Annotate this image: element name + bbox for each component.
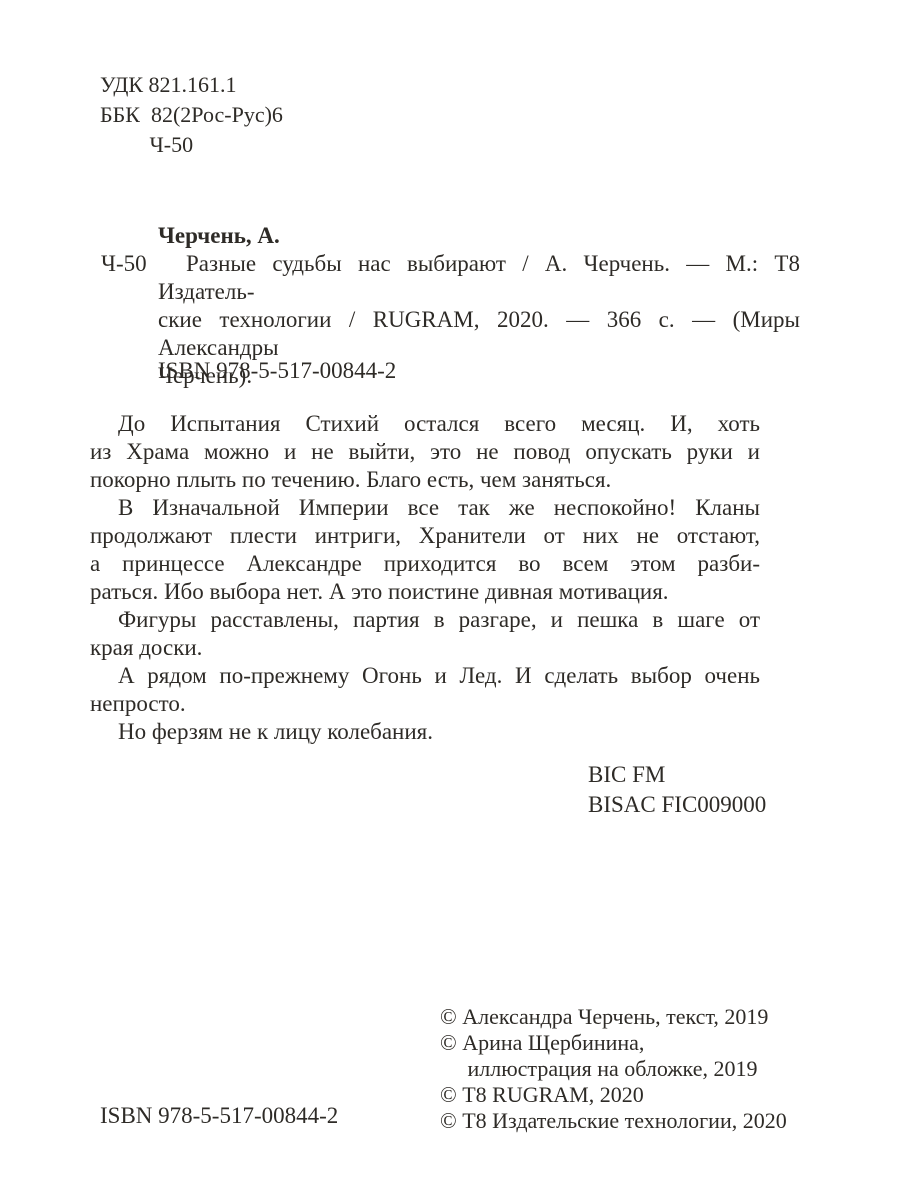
text-line: раться. Ибо выбора нет. А это поистине д… bbox=[90, 578, 760, 606]
text-line: © Т8 Издательские технологии, 2020 bbox=[440, 1108, 787, 1134]
text-line: непросто. bbox=[90, 690, 760, 718]
text-line: УДК 821.161.1 bbox=[100, 70, 283, 100]
text-line: До Испытания Стихий остался всего месяц.… bbox=[90, 410, 760, 438]
isbn-number: ISBN 978-5-517-00844-2 bbox=[158, 358, 396, 384]
text-line: из Храма можно и не выйти, это не повод … bbox=[90, 438, 760, 466]
catalog-code: Ч-50 bbox=[101, 250, 147, 278]
copyright-notices: © Александра Черчень, текст, 2019© Арина… bbox=[440, 1004, 787, 1134]
text-line: иллюстрация на обложке, 2019 bbox=[440, 1056, 787, 1082]
annotation-text: До Испытания Стихий остался всего месяц.… bbox=[90, 410, 760, 746]
text-line: © Арина Щербинина, bbox=[440, 1030, 787, 1056]
text-line: В Изначальной Империи все так же неспоко… bbox=[90, 494, 760, 522]
text-line: ские технологии / RUGRAM, 2020. — 366 с.… bbox=[158, 306, 800, 362]
author-heading: Черчень, А. bbox=[158, 222, 800, 250]
text-line: покорно плыть по течению. Благо есть, че… bbox=[90, 466, 760, 494]
book-imprint-page: УДК 821.161.1ББК 82(2Рос-Рус)6 Ч-50 Черч… bbox=[0, 0, 900, 1200]
text-line: Ч-50 bbox=[100, 130, 283, 160]
udk-bbk-classification-block: УДК 821.161.1ББК 82(2Рос-Рус)6 Ч-50 bbox=[100, 70, 283, 160]
text-line: а принцессе Александре приходится во все… bbox=[90, 550, 760, 578]
text-line: ББК 82(2Рос-Рус)6 bbox=[100, 100, 283, 130]
text-line: Разные судьбы нас выбирают / А. Черчень.… bbox=[158, 250, 800, 306]
text-line: BIC FM bbox=[588, 760, 766, 790]
isbn-number-bottom: ISBN 978-5-517-00844-2 bbox=[100, 1103, 338, 1129]
text-line: А рядом по-прежнему Огонь и Лед. И сдела… bbox=[90, 662, 760, 690]
bic-bisac-codes: BIC FMBISAC FIC009000 bbox=[588, 760, 766, 820]
text-line: продолжают плести интриги, Хранители от … bbox=[90, 522, 760, 550]
text-line: Фигуры расставлены, партия в разгаре, и … bbox=[90, 606, 760, 634]
text-line: BISAC FIC009000 bbox=[588, 790, 766, 820]
text-line: © Т8 RUGRAM, 2020 bbox=[440, 1082, 787, 1108]
text-line: края доски. bbox=[90, 634, 760, 662]
text-line: Но ферзям не к лицу колебания. bbox=[90, 718, 760, 746]
text-line: © Александра Черчень, текст, 2019 bbox=[440, 1004, 787, 1030]
